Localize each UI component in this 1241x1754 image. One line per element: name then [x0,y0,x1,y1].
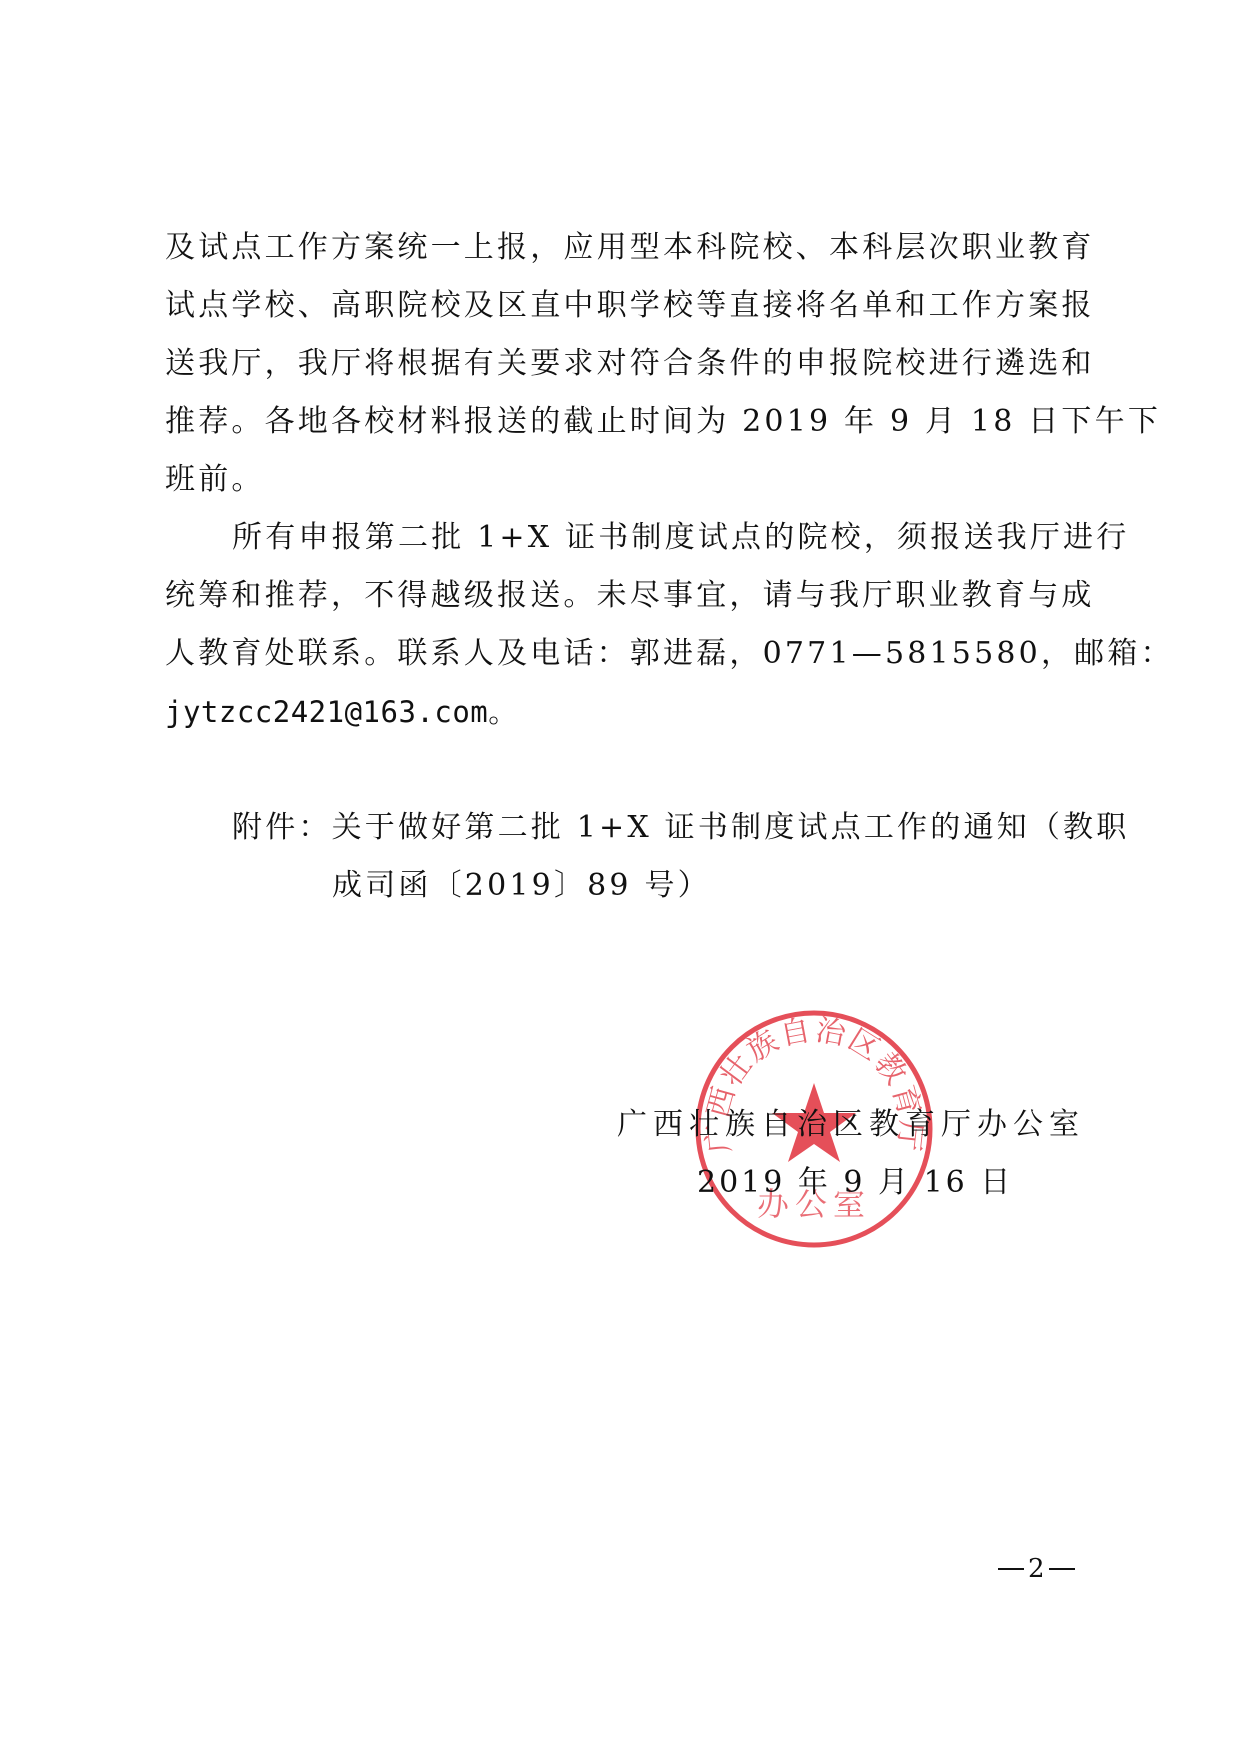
body-line-3: 送我厅，我厅将根据有关要求对符合条件的申报院校进行遴选和 [165,344,1085,384]
paragraph2-line-2: 统筹和推荐，不得越级报送。未尽事宜，请与我厅职业教育与成 [165,576,1085,616]
attachment-line-2: 成司函〔2019〕89 号） [332,866,932,906]
body-line-1: 及试点工作方案统一上报，应用型本科院校、本科层次职业教育 [165,228,1085,268]
page-number: 2 [998,1554,1075,1584]
contact-email: jytzcc2421@163.com。 [165,692,1085,732]
body-line-4: 推荐。各地各校材料报送的截止时间为 2019 年 9 月 18 日下午下 [165,402,1085,442]
page-number-dash-right [1049,1568,1075,1570]
page-number-dash-left [998,1568,1024,1570]
body-line-5: 班前。 [165,460,1085,500]
signature-date: 2019 年 9 月 16 日 [697,1163,1013,1203]
page-number-value: 2 [1028,1554,1045,1584]
body-line-2: 试点学校、高职院校及区直中职学校等直接将名单和工作方案报 [165,286,1085,326]
document-page: 及试点工作方案统一上报，应用型本科院校、本科层次职业教育 试点学校、高职院校及区… [0,0,1241,1754]
paragraph2-line-3: 人教育处联系。联系人及电话：郭进磊，0771—5815580，邮箱： [165,634,1085,674]
paragraph2-line-1: 所有申报第二批 1+X 证书制度试点的院校，须报送我厅进行 [232,518,1085,558]
signature-organization: 广西壮族自治区教育厅办公室 [617,1105,1085,1145]
attachment-line-1: 附件：关于做好第二批 1+X 证书制度试点工作的通知（教职 [232,808,1085,848]
